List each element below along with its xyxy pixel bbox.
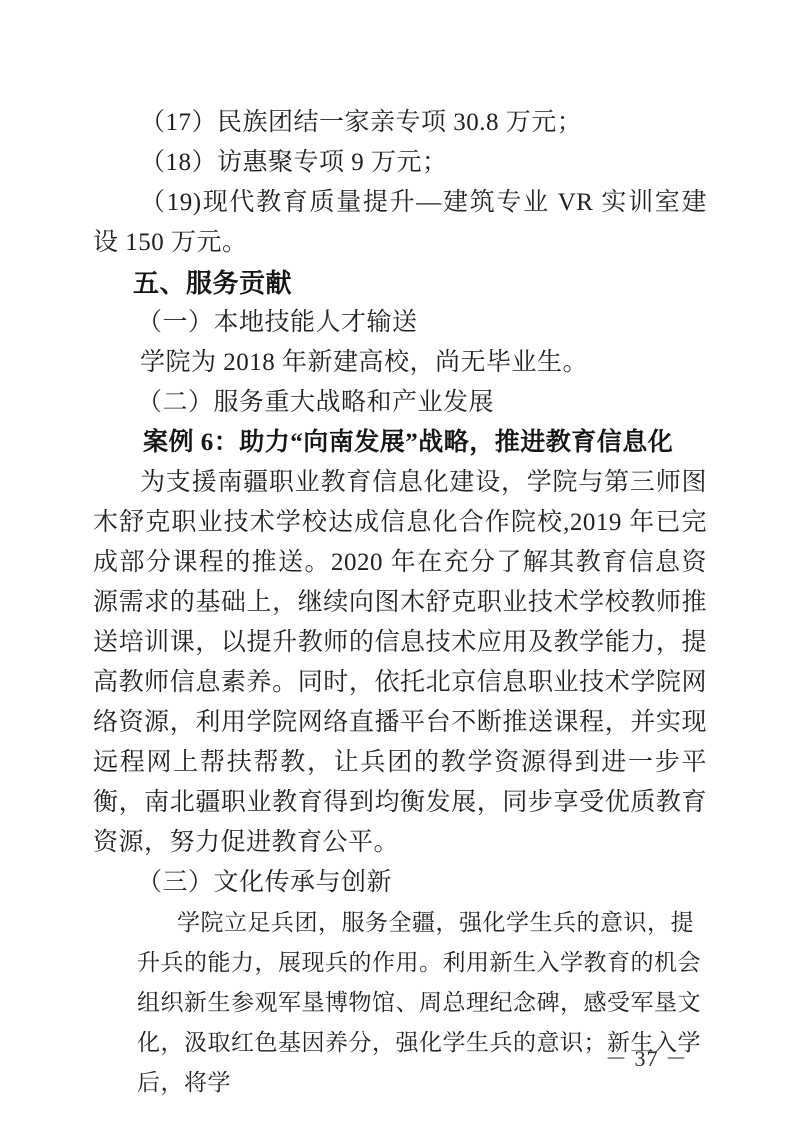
- list-item-19: （19)现代教育质量提升—建筑专业 VR 实训室建设 150 万元。: [93, 183, 707, 263]
- paragraph-no-graduates: 学院为 2018 年新建高校，尚无毕业生。: [93, 343, 707, 383]
- list-item-18: （18）访惠聚专项 9 万元；: [93, 143, 707, 183]
- document-page: （17）民族团结一家亲专项 30.8 万元；（18）访惠聚专项 9 万元；（19…: [0, 0, 800, 1131]
- paragraph-culture-body: 学院立足兵团，服务全疆，强化学生兵的意识，提升兵的能力，展现兵的作用。利用新生入…: [137, 903, 703, 1103]
- section-heading-service-contribution: 五、服务贡献: [93, 263, 707, 303]
- document-content: （17）民族团结一家亲专项 30.8 万元；（18）访惠聚专项 9 万元；（19…: [93, 103, 707, 1103]
- case-heading-6: 案例 6：助力“向南发展”战略，推进教育信息化: [93, 423, 707, 463]
- page-number: － 37 －: [605, 1045, 688, 1073]
- subsection-heading-major-strategy: （二）服务重大战略和产业发展: [93, 383, 707, 423]
- subsection-heading-local-talent: （一）本地技能人才输送: [93, 303, 707, 343]
- paragraph-case6-body: 为支援南疆职业教育信息化建设，学院与第三师图木舒克职业技术学校达成信息化合作院校…: [93, 463, 707, 863]
- list-item-17: （17）民族团结一家亲专项 30.8 万元；: [93, 103, 707, 143]
- subsection-heading-culture: （三）文化传承与创新: [93, 863, 707, 903]
